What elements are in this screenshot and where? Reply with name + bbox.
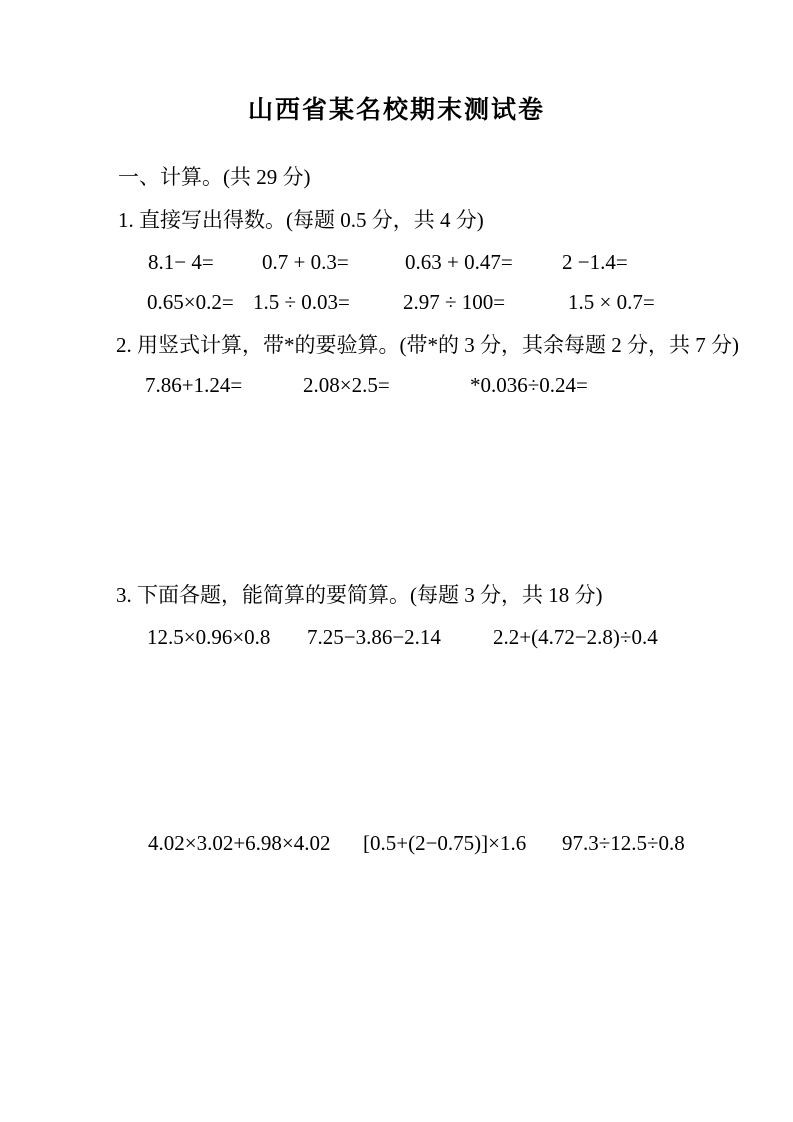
question-2-label: 2. 用竖式计算，带*的要验算。(带*的 3 分，其余每题 2 分，共 7 分) bbox=[116, 332, 739, 358]
q1-row2-item-4: 1.5 × 0.7= bbox=[568, 289, 655, 315]
q3-row2-item-3: 97.3÷12.5÷0.8 bbox=[562, 830, 685, 856]
q3-row1-item-3: 2.2+(4.72−2.8)÷0.4 bbox=[493, 624, 658, 650]
question-1-label: 1. 直接写出得数。(每题 0.5 分，共 4 分) bbox=[118, 207, 484, 233]
q1-row2-item-2: 1.5 ÷ 0.03= bbox=[253, 289, 350, 315]
test-paper-page: 山西省某名校期末测试卷 一、计算。(共 29 分) 1. 直接写出得数。(每题 … bbox=[0, 0, 793, 1122]
section-1-heading: 一、计算。(共 29 分) bbox=[118, 164, 311, 190]
q3-row1-item-2: 7.25−3.86−2.14 bbox=[307, 624, 441, 650]
q1-row1-item-4: 2 −1.4= bbox=[562, 249, 628, 275]
q1-row2-item-1: 0.65×0.2= bbox=[147, 289, 234, 315]
paper-title: 山西省某名校期末测试卷 bbox=[0, 97, 793, 125]
question-3-label: 3. 下面各题，能简算的要简算。(每题 3 分，共 18 分) bbox=[116, 582, 603, 608]
q1-row2-item-3: 2.97 ÷ 100= bbox=[403, 289, 505, 315]
q3-row2-item-1: 4.02×3.02+6.98×4.02 bbox=[148, 830, 331, 856]
q3-row2-item-2: [0.5+(2−0.75)]×1.6 bbox=[363, 830, 526, 856]
q2-item-2: 2.08×2.5= bbox=[303, 372, 390, 398]
q2-item-3: *0.036÷0.24= bbox=[470, 372, 588, 398]
q3-row1-item-1: 12.5×0.96×0.8 bbox=[147, 624, 270, 650]
q1-row1-item-3: 0.63 + 0.47= bbox=[405, 249, 513, 275]
q1-row1-item-2: 0.7 + 0.3= bbox=[262, 249, 349, 275]
q1-row1-item-1: 8.1− 4= bbox=[148, 249, 214, 275]
q2-item-1: 7.86+1.24= bbox=[145, 372, 242, 398]
